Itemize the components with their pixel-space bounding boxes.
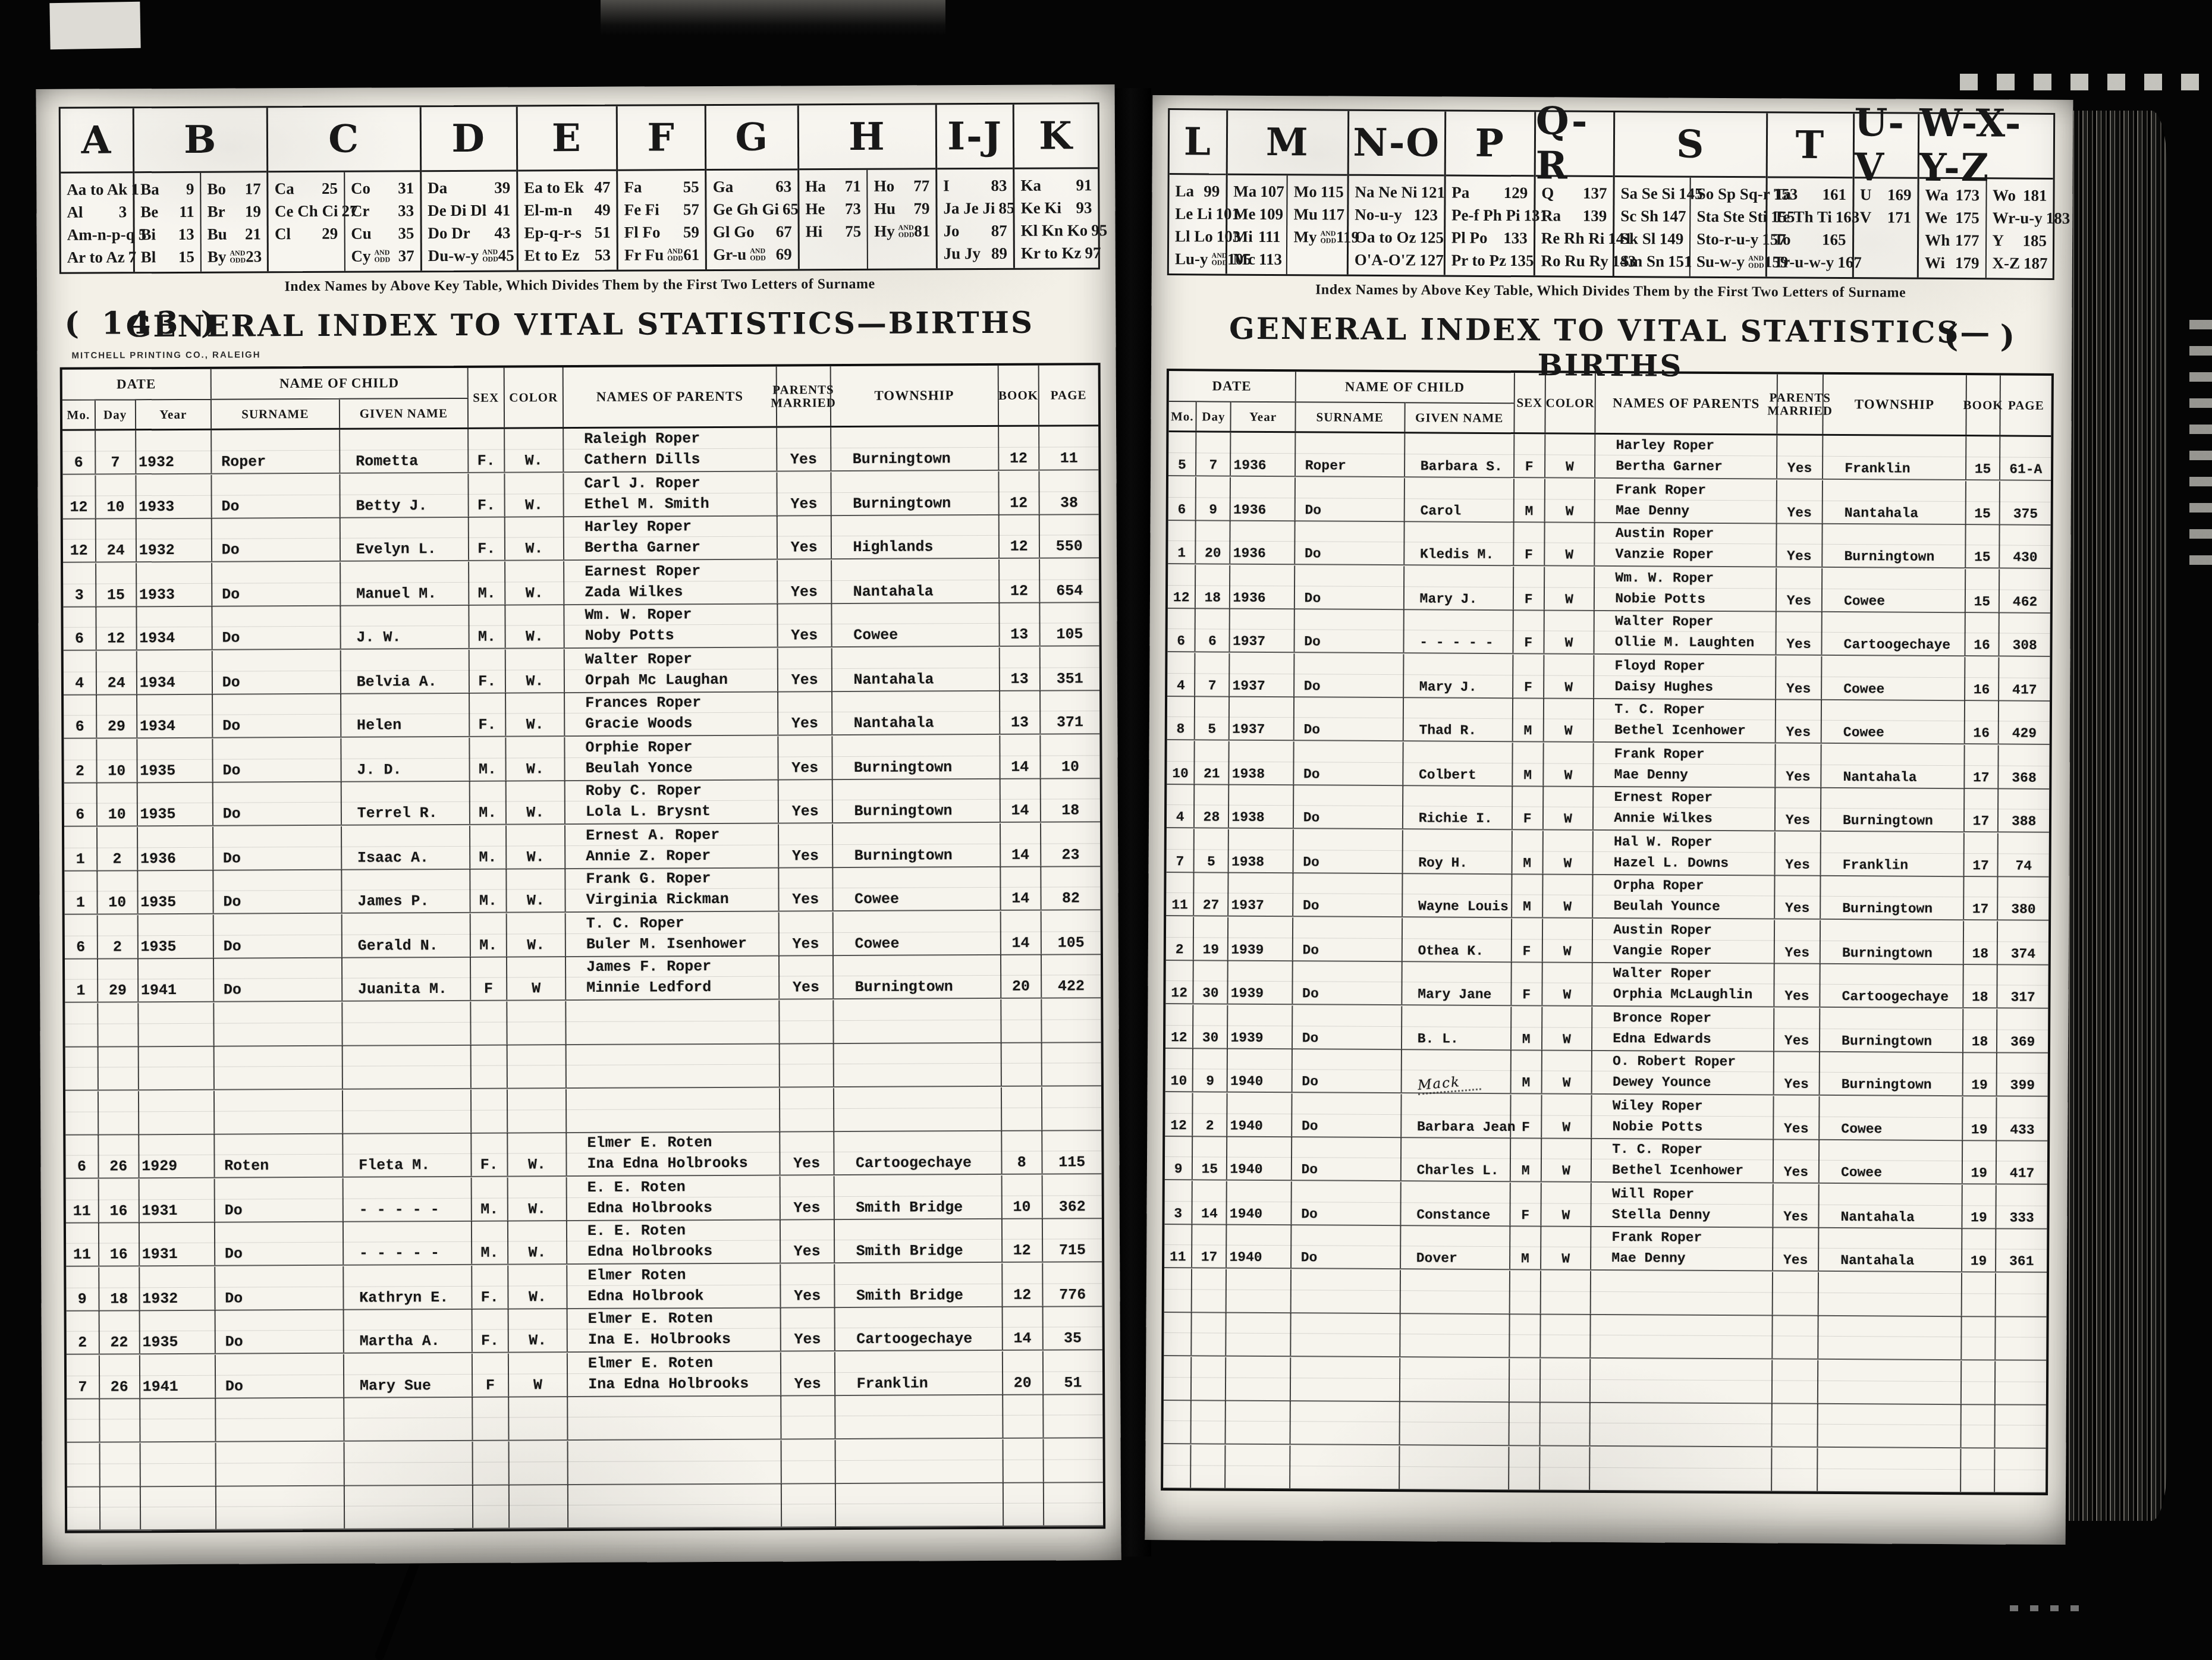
- cell-sex: F: [1512, 919, 1542, 961]
- table-row: [1163, 1445, 2046, 1494]
- cell-book: [1962, 1316, 1996, 1359]
- father-name: Harley Roper: [585, 517, 692, 537]
- table-row: 11 17 1940 Do Dover M W Frank Roper Mae …: [1164, 1224, 2047, 1273]
- cell-page: [1044, 1482, 1103, 1525]
- key-entry-number: 121: [1421, 183, 1445, 202]
- cell-month: 9: [66, 1268, 99, 1310]
- header-page: PAGE: [1039, 365, 1098, 425]
- cell-page: 368: [1999, 745, 2050, 788]
- key-entry-number: 3: [119, 203, 127, 221]
- table-row: 2 19 1939 Do Othea K. F W Austin Roper V…: [1166, 917, 2048, 966]
- key-entry: [871, 242, 934, 265]
- key-entry-range: Al: [67, 203, 83, 221]
- cell-sex: [1510, 1359, 1541, 1401]
- cell-township: Cowee: [1820, 1140, 1963, 1183]
- cell-surname: Do: [215, 1266, 344, 1310]
- cell-surname: Do: [212, 474, 340, 518]
- cell-sex: F: [1514, 522, 1545, 565]
- cell-color: W.: [507, 913, 566, 956]
- key-table-note: Index Names by Above Key Table, Which Di…: [59, 275, 1100, 296]
- cell-parents-married: [781, 1395, 835, 1438]
- table-row: [1164, 1312, 2046, 1361]
- cell-day: [100, 1443, 140, 1486]
- cell-year: 1931: [140, 1222, 215, 1266]
- cell-page: 317: [1998, 964, 2048, 1007]
- key-entry-range: Kl Kn Ko: [1021, 221, 1088, 240]
- key-entry-range: Do Dr: [428, 224, 470, 242]
- mother-name: Beulah Younce: [1613, 896, 1720, 917]
- cell-book: 16: [1965, 612, 2000, 655]
- key-entry-odd-note: AND ODD: [750, 247, 772, 262]
- cell-given-name: B. L.: [1402, 1006, 1512, 1049]
- cell-color: W.: [505, 473, 564, 516]
- cell-given-name: J. D.: [341, 738, 470, 781]
- cell-township: Highlands: [831, 515, 1000, 558]
- cell-year: 1933: [137, 563, 212, 606]
- key-column: Q-R Q 137: [1534, 112, 1614, 276]
- cell-surname: Do: [212, 562, 341, 606]
- given-name-text: Mary Jane: [1418, 986, 1491, 1002]
- key-entry-number: 107: [1260, 182, 1284, 200]
- key-entry: Le Li 101: [1171, 202, 1223, 225]
- mother-name: Bertha Garner: [585, 537, 700, 558]
- key-entry-range: Gl Go: [713, 222, 755, 241]
- cell-month: 4: [1167, 784, 1195, 827]
- cell-page: 375: [2000, 481, 2051, 524]
- cell-given-name: Belvia A.: [341, 650, 470, 693]
- cell-surname: Do: [1295, 565, 1405, 609]
- key-entry: By AND ODD 23: [204, 245, 265, 268]
- cell-parents-married: Yes: [778, 515, 832, 558]
- cell-parents-married: [1772, 1448, 1818, 1491]
- key-subcolumn: Fa 55 Fe Fi 57: [618, 171, 705, 270]
- cell-year: 1939: [1228, 917, 1293, 961]
- cell-color: [1540, 1402, 1591, 1445]
- father-name: Bronce Roper: [1613, 1008, 1711, 1028]
- cell-surname: [215, 1090, 343, 1134]
- mother-name: Mae Denny: [1616, 501, 1689, 521]
- mother-name: Cathern Dills: [584, 449, 700, 470]
- cell-parents: Austin Roper Vanzie Roper: [1595, 523, 1777, 567]
- cell-month: 5: [1168, 432, 1197, 475]
- cell-month: 12: [1165, 960, 1194, 1003]
- cell-parents-married: Yes: [778, 603, 832, 646]
- mother-name: Ina Edna Holbrooks: [588, 1374, 749, 1395]
- key-entry-range: Sto-r-u-y: [1696, 229, 1758, 249]
- title-row: GENERAL INDEX TO VITAL STATISTICS—BIRTHS…: [1167, 300, 2054, 371]
- key-entry-number: 53: [595, 246, 611, 264]
- key-entry: Ga 63: [709, 175, 796, 198]
- key-entry-range: Co: [351, 179, 370, 197]
- key-subcolumn: Ta 161 Te Th Ti 163: [1767, 178, 1852, 277]
- cell-page: [1042, 999, 1101, 1042]
- cell-year: 1940: [1228, 1093, 1293, 1137]
- cell-parents: [567, 1089, 780, 1133]
- cell-parents: Hal W. Roper Hazel L. Downs: [1594, 831, 1776, 875]
- father-name: Roby C. Roper: [586, 781, 702, 801]
- cell-parents: Elmer E. Roten Ina Edna Holbrooks: [567, 1132, 780, 1176]
- cell-township: Nantahala: [1821, 744, 1965, 788]
- key-entry-number: 9: [186, 180, 194, 198]
- key-entry-number: 93: [1076, 199, 1092, 217]
- mother-name: Buler M. Isenhower: [586, 934, 747, 955]
- key-entry-number: 175: [1955, 209, 1980, 227]
- key-entry-range: Fr Fu: [624, 246, 664, 264]
- cell-year: 1937: [1230, 609, 1295, 652]
- cell-parents: Walter Roper Ollie M. Laughten: [1595, 611, 1777, 655]
- cell-parents-married: Yes: [781, 1219, 835, 1262]
- cell-township: Nantahala: [832, 647, 1000, 691]
- cell-given-name: Barbara S.: [1405, 433, 1515, 477]
- cell-day: [1192, 1312, 1227, 1355]
- cell-day: 18: [99, 1267, 140, 1310]
- cell-parents: Bronce Roper Edna Edwards: [1592, 1007, 1774, 1051]
- key-subcolumn: Co 31 Cr 33: [344, 172, 420, 271]
- cell-township: Smith Bridge: [834, 1219, 1003, 1262]
- given-name-text: Kathryn E.: [359, 1289, 448, 1307]
- cell-given-name: Colbert: [1403, 742, 1513, 785]
- key-entry-range: Tr-u-w-y: [1773, 253, 1834, 272]
- cell-surname: [214, 1046, 343, 1089]
- cell-sex: [1509, 1402, 1540, 1445]
- cell-parents: O. Robert Roper Dewey Younce: [1592, 1051, 1774, 1095]
- given-name-text: J. D.: [357, 761, 401, 778]
- cell-parents: Roby C. Roper Lola L. Brysnt: [565, 780, 779, 824]
- cell-given-name: Fleta M.: [343, 1133, 472, 1177]
- key-entry: Pl Po 133: [1448, 227, 1531, 250]
- key-entry: De Di Dl 41: [424, 199, 514, 222]
- cell-color: W: [1541, 1226, 1592, 1269]
- cell-parents-married: Yes: [1775, 920, 1821, 963]
- key-entry: Kl Kn Ko 95: [1017, 219, 1096, 242]
- cell-given-name: Martha A.: [344, 1309, 472, 1353]
- cell-page: 308: [2000, 612, 2050, 655]
- cell-township: Nantahala: [832, 691, 1001, 734]
- key-subcolumn: I 83 Ja Je Ji 85: [937, 169, 1013, 269]
- cell-year: 1939: [1228, 961, 1293, 1004]
- cell-page: 388: [1999, 788, 2049, 831]
- cell-sex: F: [473, 1354, 509, 1397]
- cell-day: 9: [1196, 477, 1231, 520]
- key-entries: U 169 V 171: [1853, 178, 1917, 278]
- cell-parents-married: Yes: [1776, 744, 1822, 787]
- cell-township: Burningtown: [833, 823, 1001, 867]
- key-entries: Ga 63 Ge Gh Gi 65: [707, 170, 798, 269]
- cell-book: 13: [1000, 691, 1041, 734]
- cell-sex: M.: [470, 738, 506, 781]
- key-letter: U-V: [1854, 114, 1918, 179]
- key-letter: A: [61, 108, 133, 174]
- table-row: 8 5 1937 Do Thad R. M W T. C. Roper Beth…: [1167, 696, 2050, 745]
- key-entry-range: V: [1860, 208, 1872, 227]
- father-name: Austin Roper: [1613, 920, 1712, 940]
- cell-month: 3: [1164, 1181, 1193, 1224]
- key-entry: Bu 21: [204, 222, 265, 245]
- key-letter: H: [799, 105, 935, 170]
- cell-page: 115: [1042, 1130, 1102, 1173]
- cell-surname: Do: [212, 606, 341, 649]
- given-name-text: Rometta: [356, 452, 418, 470]
- cell-page: [1996, 1361, 2046, 1404]
- cell-township: Burningtown: [833, 955, 1001, 998]
- given-name-text: Fleta M.: [359, 1156, 430, 1174]
- cell-year: 1935: [137, 739, 213, 782]
- key-entry-number: 13: [178, 225, 194, 243]
- mother-name: Beulah Yonce: [586, 758, 693, 779]
- cell-parents: [1591, 1271, 1773, 1315]
- cell-page: 74: [1999, 833, 2049, 876]
- key-entry: U 169: [1856, 183, 1915, 206]
- key-entry-range: Su-w-y: [1696, 252, 1745, 271]
- cell-given-name: Kathryn E.: [344, 1266, 472, 1309]
- film-smear-top: [601, 0, 945, 36]
- cell-month: 8: [1167, 696, 1196, 739]
- cell-parents: Frank Roper Mae Denny: [1591, 1227, 1773, 1271]
- cell-parents-married: [1773, 1360, 1819, 1403]
- table-row: [1164, 1357, 2046, 1406]
- cell-day: 24: [96, 651, 137, 694]
- cell-township: Cowee: [833, 911, 1001, 955]
- cell-parents: Earnest Roper Zada Wilkes: [564, 561, 778, 605]
- cell-sex: M.: [470, 826, 507, 869]
- cell-year: 1938: [1230, 741, 1294, 785]
- key-entry-range: Hu: [874, 199, 896, 218]
- cell-page: 51: [1044, 1351, 1103, 1394]
- key-entry-range: Bu: [208, 225, 227, 243]
- cell-color: [1541, 1314, 1591, 1357]
- cell-parents-married: Yes: [1777, 435, 1824, 478]
- cell-book: 12: [1003, 1219, 1043, 1262]
- father-name: Raleigh Roper: [584, 429, 700, 449]
- father-name: James F. Roper: [586, 957, 711, 977]
- cell-year: 1934: [137, 694, 213, 738]
- cell-page: 105: [1040, 602, 1099, 645]
- father-name: Hal W. Roper: [1614, 832, 1713, 852]
- key-entry: Pe-f Ph Pi 131: [1448, 204, 1531, 227]
- key-entries: Ma 107 Me 109: [1227, 175, 1347, 275]
- cell-surname: Do: [1293, 1005, 1402, 1049]
- cell-color: W: [507, 957, 567, 999]
- key-column: M Ma 107: [1226, 111, 1348, 275]
- given-name-text: Thad R.: [1419, 722, 1476, 738]
- mother-name: Ina E. Holbrooks: [588, 1329, 731, 1350]
- cell-township: [835, 1439, 1004, 1483]
- cell-day: [1192, 1445, 1226, 1488]
- cell-year: 1936: [1231, 433, 1296, 476]
- cell-book: 18: [1963, 921, 1998, 964]
- cell-day: 7: [96, 430, 136, 473]
- father-name: O. Robert Roper: [1613, 1052, 1736, 1071]
- key-entry-range: Sk Sl: [1620, 229, 1655, 248]
- key-entry-number: 45: [498, 246, 514, 265]
- mother-name: Stella Denny: [1612, 1205, 1711, 1225]
- cell-given-name: [1400, 1270, 1510, 1313]
- cell-month: 1: [64, 828, 98, 870]
- key-entry: Ba 9: [137, 178, 197, 200]
- key-letter: I-J: [937, 105, 1013, 170]
- cell-parents-married: Yes: [1777, 523, 1823, 566]
- cell-month: [1164, 1400, 1192, 1443]
- key-entry-number: 87: [991, 221, 1007, 240]
- cell-month: 6: [62, 431, 96, 474]
- cell-given-name: Gerald N.: [342, 914, 470, 957]
- mother-name: Ollie M. Laughten: [1615, 632, 1755, 653]
- key-entry-range: By: [208, 247, 227, 266]
- key-entry-range: Pr to Pz: [1451, 251, 1507, 269]
- table-row: 1 20 1936 Do Kledis M. F W Austin Roper …: [1168, 520, 2050, 569]
- cell-book: 13: [1000, 603, 1040, 646]
- cell-month: [65, 1092, 99, 1134]
- cell-year: [1226, 1445, 1290, 1489]
- cell-given-name: Mary Sue: [344, 1354, 473, 1397]
- key-entry: Sk Sl 149: [1617, 227, 1687, 250]
- cell-sex: [1509, 1447, 1540, 1489]
- mother-name: Bethel Icenhower: [1612, 1160, 1743, 1181]
- table-row: [67, 1482, 1103, 1531]
- film-edge-dots: [2189, 309, 2212, 565]
- cell-day: 15: [1193, 1136, 1227, 1179]
- cell-parents-married: Yes: [1776, 699, 1823, 742]
- key-entry-range: Br: [208, 202, 225, 221]
- cell-day: 9: [1193, 1048, 1228, 1091]
- cell-month: 12: [62, 476, 96, 518]
- cell-parents: E. E. Roten Edna Holbrooks: [567, 1177, 781, 1221]
- cell-given-name: Evelyn L.: [341, 517, 469, 561]
- key-entry-range: Wi: [1925, 253, 1945, 272]
- cell-given-name: Helen: [341, 693, 470, 737]
- key-entry-number: 29: [322, 224, 338, 243]
- cell-day: 5: [1195, 829, 1229, 872]
- cell-book: 18: [1963, 964, 1998, 1007]
- given-name-text: Martha A.: [360, 1332, 440, 1350]
- father-name: T. C. Roper: [1612, 1140, 1702, 1159]
- cell-given-name: Rometta: [340, 429, 469, 473]
- cell-surname: Do: [1295, 521, 1405, 564]
- cell-given-name: [344, 1442, 473, 1485]
- cell-surname: Roper: [212, 430, 340, 473]
- cell-given-name: Richie I.: [1403, 785, 1513, 829]
- cell-color: W: [1545, 522, 1595, 565]
- cell-book: 16: [1965, 700, 1999, 743]
- mother-name: Annie Z. Roper: [586, 846, 711, 867]
- cell-parents: Frank Roper Mae Denny: [1594, 743, 1776, 787]
- cell-book: 14: [1000, 735, 1041, 778]
- cell-parents-married: [780, 1088, 834, 1131]
- key-column: F Fa 55: [616, 106, 705, 270]
- cell-parents: Wm. W. Roper Noby Potts: [564, 604, 778, 648]
- father-name: Orphie Roper: [585, 738, 692, 757]
- mother-name: Bertha Garner: [1616, 456, 1723, 477]
- key-entry-range: Sc Sh: [1620, 207, 1658, 225]
- cell-parents-married: Yes: [778, 560, 832, 603]
- cell-township: Burningtown: [1820, 1052, 1963, 1095]
- cell-day: 6: [1196, 608, 1230, 651]
- father-name: Frances Roper: [585, 693, 701, 713]
- cell-sex: F.: [472, 1309, 508, 1352]
- cell-township: Burningtown: [832, 779, 1001, 822]
- cell-township: [1818, 1360, 1962, 1404]
- cell-given-name: Othea K.: [1402, 918, 1512, 961]
- cell-day: 10: [97, 739, 137, 782]
- cell-parents-married: Yes: [781, 1264, 835, 1307]
- key-entry: Su-w-y AND ODD 159: [1693, 250, 1763, 273]
- cell-given-name: Mack: [1402, 1049, 1511, 1093]
- cell-parents-married: Yes: [779, 779, 833, 822]
- key-column: I-J I 83: [935, 105, 1013, 269]
- cell-township: Nantahala: [1819, 1228, 1962, 1271]
- key-entry: Re Rh Ri 141: [1538, 227, 1610, 250]
- table-row: 4 7 1937 Do Mary J. F W Floyd Roper Dais…: [1167, 653, 2050, 702]
- cell-year: [1226, 1401, 1291, 1444]
- key-entry: Wh 177: [1921, 229, 1983, 252]
- table-row: 12 18 1936 Do Mary J. F W Wm. W. Roper N…: [1168, 565, 2050, 614]
- cell-year: [139, 1046, 214, 1090]
- cell-book: 17: [1965, 745, 1999, 788]
- mother-name: Hazel L. Downs: [1614, 853, 1729, 873]
- cell-month: 1: [1168, 520, 1196, 563]
- mother-name: Ethel M. Smith: [585, 494, 709, 515]
- cell-day: 7: [1197, 432, 1231, 475]
- cell-day: 21: [1195, 741, 1230, 784]
- key-entry-number: 55: [683, 178, 699, 196]
- key-entry: Ro Ru Ry 143: [1538, 249, 1610, 272]
- cell-surname: Do: [215, 1178, 343, 1222]
- key-entry: Fl Fo 59: [621, 221, 703, 244]
- cell-page: [1996, 1404, 2046, 1447]
- table-row: 1 2 1936 Do Isaac A. M. W. Ernest A. Rop…: [64, 823, 1100, 872]
- header-day: Day: [1197, 401, 1231, 430]
- cell-sex: M: [1512, 831, 1543, 873]
- cell-surname: Do: [1294, 653, 1404, 697]
- cell-day: 26: [99, 1134, 139, 1177]
- cell-book: 14: [1001, 911, 1041, 954]
- given-name-text: B. L.: [1418, 1031, 1459, 1046]
- cell-surname: Roper: [1296, 433, 1405, 476]
- cell-year: 1940: [1227, 1181, 1292, 1225]
- cell-surname: Do: [213, 782, 342, 825]
- table-row: 7 5 1938 Do Roy H. M W Hal W. Roper Haze…: [1167, 829, 2049, 878]
- cell-parents-married: Yes: [1774, 1139, 1820, 1182]
- key-entry: I 83: [940, 174, 1010, 197]
- table-body: 5 7 1936 Roper Barbara S. F W Harley Rop…: [1163, 432, 2051, 1493]
- cell-page: 105: [1041, 911, 1101, 954]
- table-row: [1164, 1269, 2047, 1318]
- cell-sex: [473, 1397, 509, 1440]
- key-entry-number: 73: [845, 199, 861, 218]
- cell-sex: F.: [470, 650, 506, 693]
- left-page: A Aa to Ak 1: [36, 84, 1121, 1565]
- key-entry: [271, 245, 341, 268]
- table-row: 11 27 1937 Do Wayne Louis M W Orpha Rope…: [1166, 872, 2048, 921]
- cell-given-name: [343, 1090, 472, 1133]
- key-subcolumn: Mo 115 Mu 117: [1286, 175, 1347, 275]
- key-entry: Te Th Ti 163: [1770, 205, 1850, 228]
- cell-page: [1995, 1449, 2046, 1492]
- cell-sex: M: [1512, 874, 1543, 917]
- mother-name: Lola L. Brysnt: [586, 801, 711, 822]
- cell-given-name: Wayne Louis: [1403, 873, 1512, 917]
- title-row: ( 143 ) GENERAL INDEX TO VITAL STATISTIC…: [59, 294, 1100, 365]
- cell-sex: M: [1514, 479, 1545, 521]
- table-row: 10 21 1938 Do Colbert M W Frank Roper Ma…: [1167, 741, 2049, 790]
- key-entry-number: 81: [914, 222, 930, 240]
- key-entry: Ar to Az 7: [64, 246, 131, 268]
- key-column: A Aa to Ak 1: [61, 108, 133, 272]
- table-row: 1 10 1935 Do James P. M. W. Frank G. Rop…: [64, 866, 1100, 915]
- cell-surname: Do: [1294, 697, 1403, 740]
- key-entry-range: Sta Ste Sti: [1696, 207, 1767, 226]
- cell-parents: James F. Roper Minnie Ledford: [566, 956, 780, 1000]
